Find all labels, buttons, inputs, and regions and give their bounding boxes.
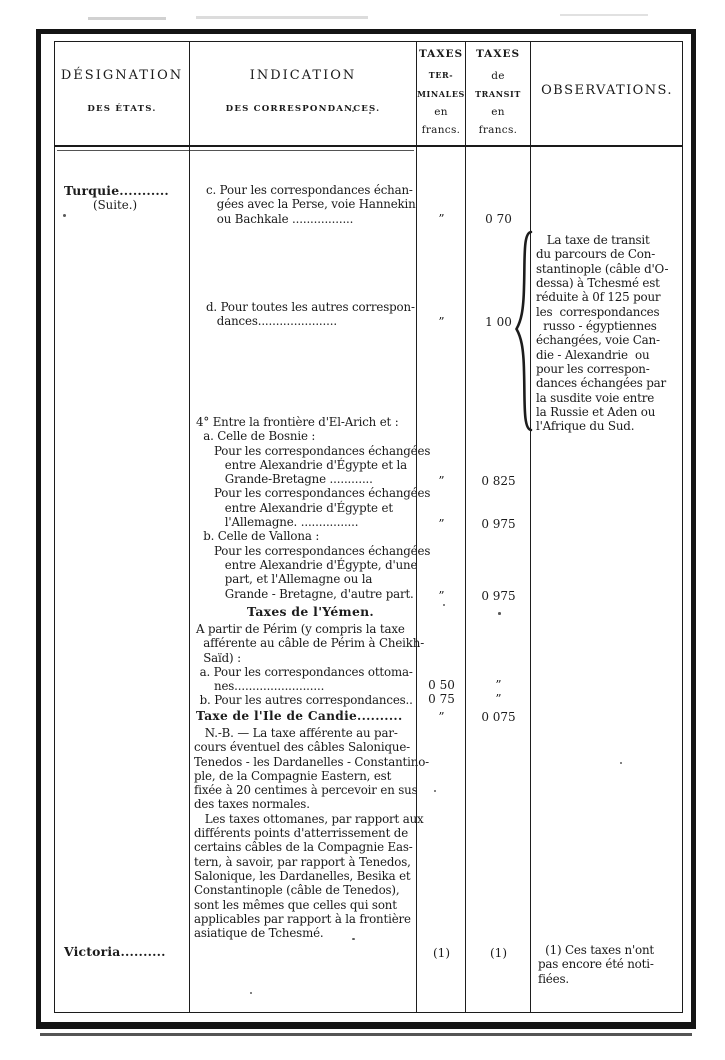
header-taxes-terminales-l3: MINALES [417, 89, 465, 99]
scan-speck [498, 612, 501, 615]
scan-speck [63, 214, 66, 217]
header-taxes-terminales: TAXES [417, 48, 465, 60]
heading-taxe-candie: Taxe de l'Ile de Candie.......... [196, 709, 402, 723]
indication-perim: A partir de Périm (y compris la taxe aff… [196, 622, 424, 708]
header-designation: DÉSIGNATION [55, 68, 189, 83]
taxe-transit-candie: 0 075 [467, 710, 530, 724]
taxe-terminale-vallona: ” [418, 589, 465, 603]
scan-speck [443, 604, 445, 606]
taxe-transit-bosnie-all: 0 975 [467, 517, 530, 531]
taxe-transit-autres: ” [467, 692, 530, 706]
taxe-terminale-bosnie-all: ” [418, 517, 465, 531]
indication-section-4: 4° Entre la frontière d'El-Arich et : a.… [196, 415, 430, 601]
state-victoria: Victoria.......... [64, 944, 166, 959]
scan-speck [250, 992, 252, 994]
scan-smudge [40, 1033, 692, 1036]
indication-item-d: d. Pour toutes les autres correspon- dan… [206, 300, 415, 329]
scan-speck [352, 110, 354, 112]
scan-smudge [560, 14, 648, 16]
scan-speck [620, 762, 622, 764]
state-turquie: Turquie........... [64, 183, 169, 198]
column-divider-designation [189, 42, 190, 1012]
taxe-transit-bosnie-gb: 0 825 [467, 474, 530, 488]
header-designation-sub: DES ÉTATS. [55, 104, 189, 114]
observation-brace [514, 229, 536, 433]
taxe-terminale-ottomanes: 0 50 [418, 678, 465, 692]
header-taxes-transit-l5: francs. [466, 124, 530, 136]
header-separator-double [57, 150, 414, 151]
scan-speck [369, 112, 371, 114]
column-divider-transit [530, 42, 531, 1012]
taxe-terminale-row-d: ” [418, 315, 465, 329]
header-taxes-transit-l3: TRANSIT [466, 89, 530, 99]
taxe-transit-ottomanes: ” [467, 678, 530, 692]
indication-nota: N.-B. — La taxe afférente au par- cours … [194, 726, 429, 940]
header-observations: OBSERVATIONS. [531, 83, 683, 98]
scan-speck [434, 790, 436, 792]
indication-item-c: c. Pour les correspondances échan- gées … [206, 183, 416, 226]
state-turquie-suite: (Suite.) [93, 198, 137, 212]
taxe-transit-row-c: 0 70 [467, 212, 530, 226]
header-taxes-transit: TAXES [466, 48, 530, 60]
heading-taxes-yemen: Taxes de l'Yémen. [247, 604, 374, 619]
scan-smudge [196, 16, 368, 19]
taxe-terminale-candie: ” [418, 710, 465, 724]
header-taxes-transit-l4: en [466, 106, 530, 118]
scan-smudge [88, 17, 166, 20]
taxe-terminale-victoria: (1) [418, 946, 465, 960]
header-taxes-terminales-l5: francs. [417, 124, 465, 136]
scan-speck [352, 938, 355, 940]
taxe-terminale-row-c: ” [418, 212, 465, 226]
taxe-transit-vallona: 0 975 [467, 589, 530, 603]
header-taxes-terminales-l2: TER- [417, 70, 465, 80]
taxe-transit-victoria: (1) [467, 946, 530, 960]
header-taxes-terminales-l4: en [417, 106, 465, 118]
observation-transit-note: La taxe de transit du parcours de Con- s… [536, 233, 680, 434]
header-indication: INDICATION [190, 68, 416, 83]
observation-victoria-note: (1) Ces taxes n'ont pas encore été noti-… [538, 943, 680, 986]
header-indication-sub: DES CORRESPONDANCES. [190, 104, 416, 114]
taxe-terminale-bosnie-gb: ” [418, 474, 465, 488]
header-separator [55, 145, 683, 147]
taxe-terminale-autres: 0 75 [418, 692, 465, 706]
header-taxes-transit-l2: de [466, 70, 530, 82]
